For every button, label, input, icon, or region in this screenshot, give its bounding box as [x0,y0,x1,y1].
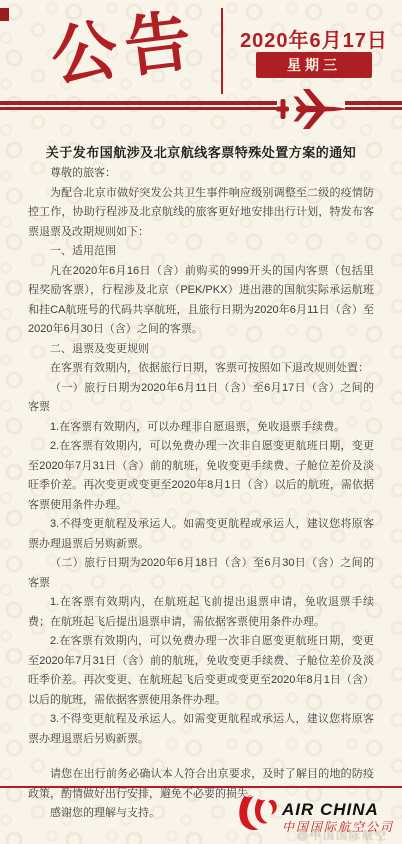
section-1-heading: 一、适用范围 [28,242,374,262]
weekday-badge: 星期三 [256,52,372,78]
intro-paragraph: 为配合北京市做好突发公共卫生事件响应级别调整至二级的疫情防控工作，协助行程涉及北… [28,184,374,243]
header-date: 2020年6月17日 [236,24,392,53]
airline-name-en: AIR CHINA [282,801,394,818]
subsection-2-item-1: 1.在客票有效期内，在航班起飞前提出退票申请，免收退票手续费；在航班起飞后提出退… [28,593,374,632]
section-1-body: 凡在2020年6月16日（含）前购买的999开头的国内客票（包括里程奖励客票），… [28,262,374,340]
double-rule-right [345,101,402,110]
subsection-1-item-1: 1.在客票有效期内，可以办理非自愿退票，免收退票手续费。 [28,418,374,438]
section-2-intro: 在客票有效期内，依据旅行日期，客票可按照如下退改规则处置： [28,359,374,379]
subsection-1-item-3: 3.不得变更航程及承运人。如需变更航程或承运人，建议您将原客票办理退票后另购新票… [28,515,374,554]
airplane-icon [276,87,348,131]
airchina-phoenix-logo-icon [234,793,278,840]
notice-title: 关于发布国航涉及北京航线客票特殊处置方案的通知 [0,142,402,161]
corner-mark [0,8,9,21]
subsection-1-item-2: 2.在客票有效期内，可以免费办理一次非自愿变更航班日期，变更至2020年7月31… [28,437,374,515]
subsection-1-heading: （一）旅行日期为2020年6月11日（含）至6月17日（含）之间的客票 [28,379,374,418]
notice-body: 尊敬的旅客： 为配合北京市做好突发公共卫生事件响应级别调整至二级的疫情防控工作，… [28,164,374,824]
announcement-page: 公告 2020年6月17日 星期三 关于发布国航涉及北京航线客票特殊处 [0,0,402,844]
section-2-heading: 二、退票及变更规则 [28,340,374,360]
greeting: 尊敬的旅客： [28,164,374,184]
subsection-2-heading: （二）旅行日期为2020年6月18日（含）至6月30日（含）之间的客票 [28,554,374,593]
subsection-2-item-2: 2.在客票有效期内，可以免费办理一次非自愿变更航班日期，变更至2020年7月31… [28,632,374,710]
double-rule-left [0,101,277,110]
footer-divider [0,786,402,788]
banner-title: 公告 [25,0,225,105]
subsection-2-item-3: 3.不得变更航程及承运人。如需变更航程或承运人，建议您将原客票办理退票后另购新票… [28,710,374,749]
header-vertical-divider [221,8,223,94]
watermark-text: @中国国际航空 [297,827,388,843]
